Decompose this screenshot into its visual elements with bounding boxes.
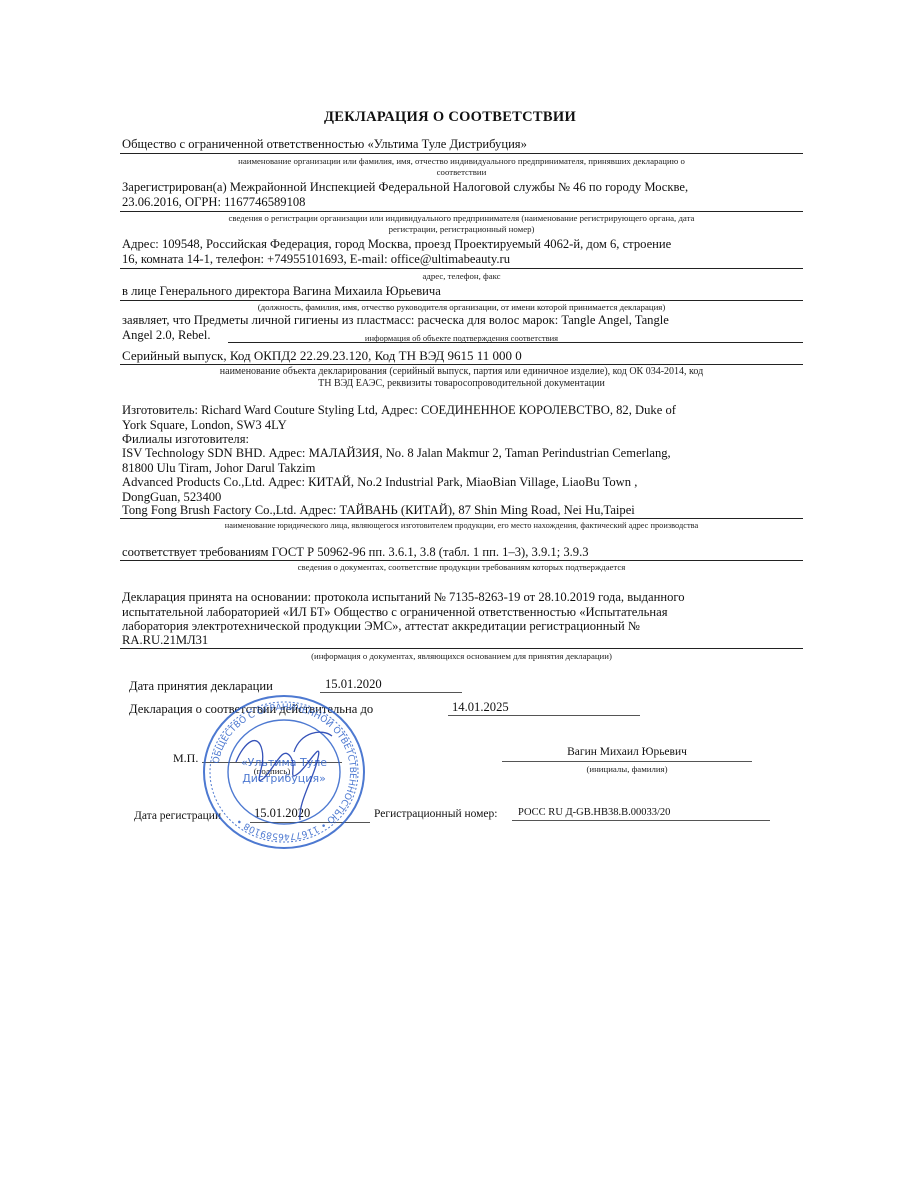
address-caption: адрес, телефон, факс [120, 271, 803, 282]
branch-3-line-1: Tong Fong Brush Factory Co.,Ltd. Адрес: … [122, 503, 635, 518]
applicant-caption-2: соответствии [120, 167, 803, 178]
applicant-name: Общество с ограниченной ответственностью… [122, 137, 527, 152]
document-title: ДЕКЛАРАЦИЯ О СООТВЕТСТВИИ [0, 109, 900, 126]
basis-line-2: испытательной лабораторией «ИЛ БТ» Общес… [122, 605, 668, 620]
basis-line-1: Декларация принята на основании: протоко… [122, 590, 685, 605]
standards-line: соответствует требованиям ГОСТ Р 50962-9… [122, 545, 589, 560]
address-line-1: Адрес: 109548, Российская Федерация, гор… [122, 237, 671, 252]
basis-line-3: лаборатория электротехнической продукции… [122, 619, 640, 634]
registration-number-label: Регистрационный номер: [374, 808, 497, 820]
signer-name: Вагин Михаил Юрьевич [502, 746, 752, 758]
accepted-date-value: 15.01.2020 [325, 677, 382, 692]
registration-caption-1: сведения о регистрации организации или и… [120, 213, 803, 224]
registration-number-underline [512, 820, 770, 821]
registration-caption-2: регистрации, регистрационный номер) [120, 224, 803, 235]
representative-caption: (должность, фамилия, имя, отчество руков… [120, 302, 803, 313]
signer-underline [502, 761, 752, 762]
standards-underline [120, 560, 803, 561]
address-line-2: 16, комната 14-1, телефон: +74955101693,… [122, 252, 510, 267]
codes-caption-2: ТН ВЭД ЕАЭС, реквизиты товаросопроводите… [120, 378, 803, 390]
registration-line-1: Зарегистрирован(а) Межрайонной Инспекцие… [122, 180, 688, 195]
codes-line: Серийный выпуск, Код ОКПД2 22.29.23.120,… [122, 348, 522, 363]
manufacturer-underline [120, 518, 803, 519]
branches-label: Филиалы изготовителя: [122, 432, 249, 447]
registration-number-value: РОСС RU Д-GB.НВ38.В.00033/20 [518, 807, 670, 818]
valid-until-underline [448, 715, 640, 716]
mp-label: М.П. [173, 751, 198, 766]
manufacturer-line-1: Изготовитель: Richard Ward Couture Styli… [122, 403, 676, 418]
codes-caption-1: наименование объекта декларирования (сер… [120, 366, 803, 378]
product-line-1: заявляет, что Предметы личной гигиены из… [122, 313, 669, 328]
basis-underline [120, 648, 803, 649]
manufacturer-line-2: York Square, London, SW3 4LY [122, 418, 287, 433]
representative-line: в лице Генерального директора Вагина Мих… [122, 284, 441, 299]
basis-line-4: RA.RU.21МЛ31 [122, 633, 208, 648]
registration-underline [120, 211, 803, 212]
product-caption: информация об объекте подтверждения соот… [120, 333, 803, 344]
declaration-page: ДЕКЛАРАЦИЯ О СООТВЕТСТВИИ Общество с огр… [0, 0, 900, 1200]
applicant-underline [120, 153, 803, 154]
standards-caption: сведения о документах, соответствие прод… [120, 562, 803, 573]
company-stamp-icon: ОБЩЕСТВО С ОГРАНИЧЕННОЙ ОТВЕТСТВЕННОСТЬЮ… [200, 692, 368, 852]
branch-2-line-1: Advanced Products Co.,Ltd. Адрес: КИТАЙ,… [122, 475, 637, 490]
branch-1-line-1: ISV Technology SDN BHD. Адрес: МАЛАЙЗИЯ,… [122, 446, 671, 461]
svg-text:«Ультима Туле: «Ультима Туле [241, 756, 327, 769]
valid-until-value: 14.01.2025 [452, 700, 509, 715]
representative-underline [120, 300, 803, 301]
signer-caption: (инициалы, фамилия) [502, 764, 752, 775]
manufacturer-caption: наименование юридического лица, являющег… [120, 520, 803, 531]
applicant-caption-1: наименование организации или фамилия, им… [120, 156, 803, 167]
registration-line-2: 23.06.2016, ОГРН: 1167746589108 [122, 195, 305, 210]
codes-underline [120, 364, 803, 365]
basis-caption: (информация о документах, являющихся осн… [120, 651, 803, 662]
branch-1-line-2: 81800 Ulu Tiram, Johor Darul Takzim [122, 461, 315, 476]
address-underline [120, 268, 803, 269]
